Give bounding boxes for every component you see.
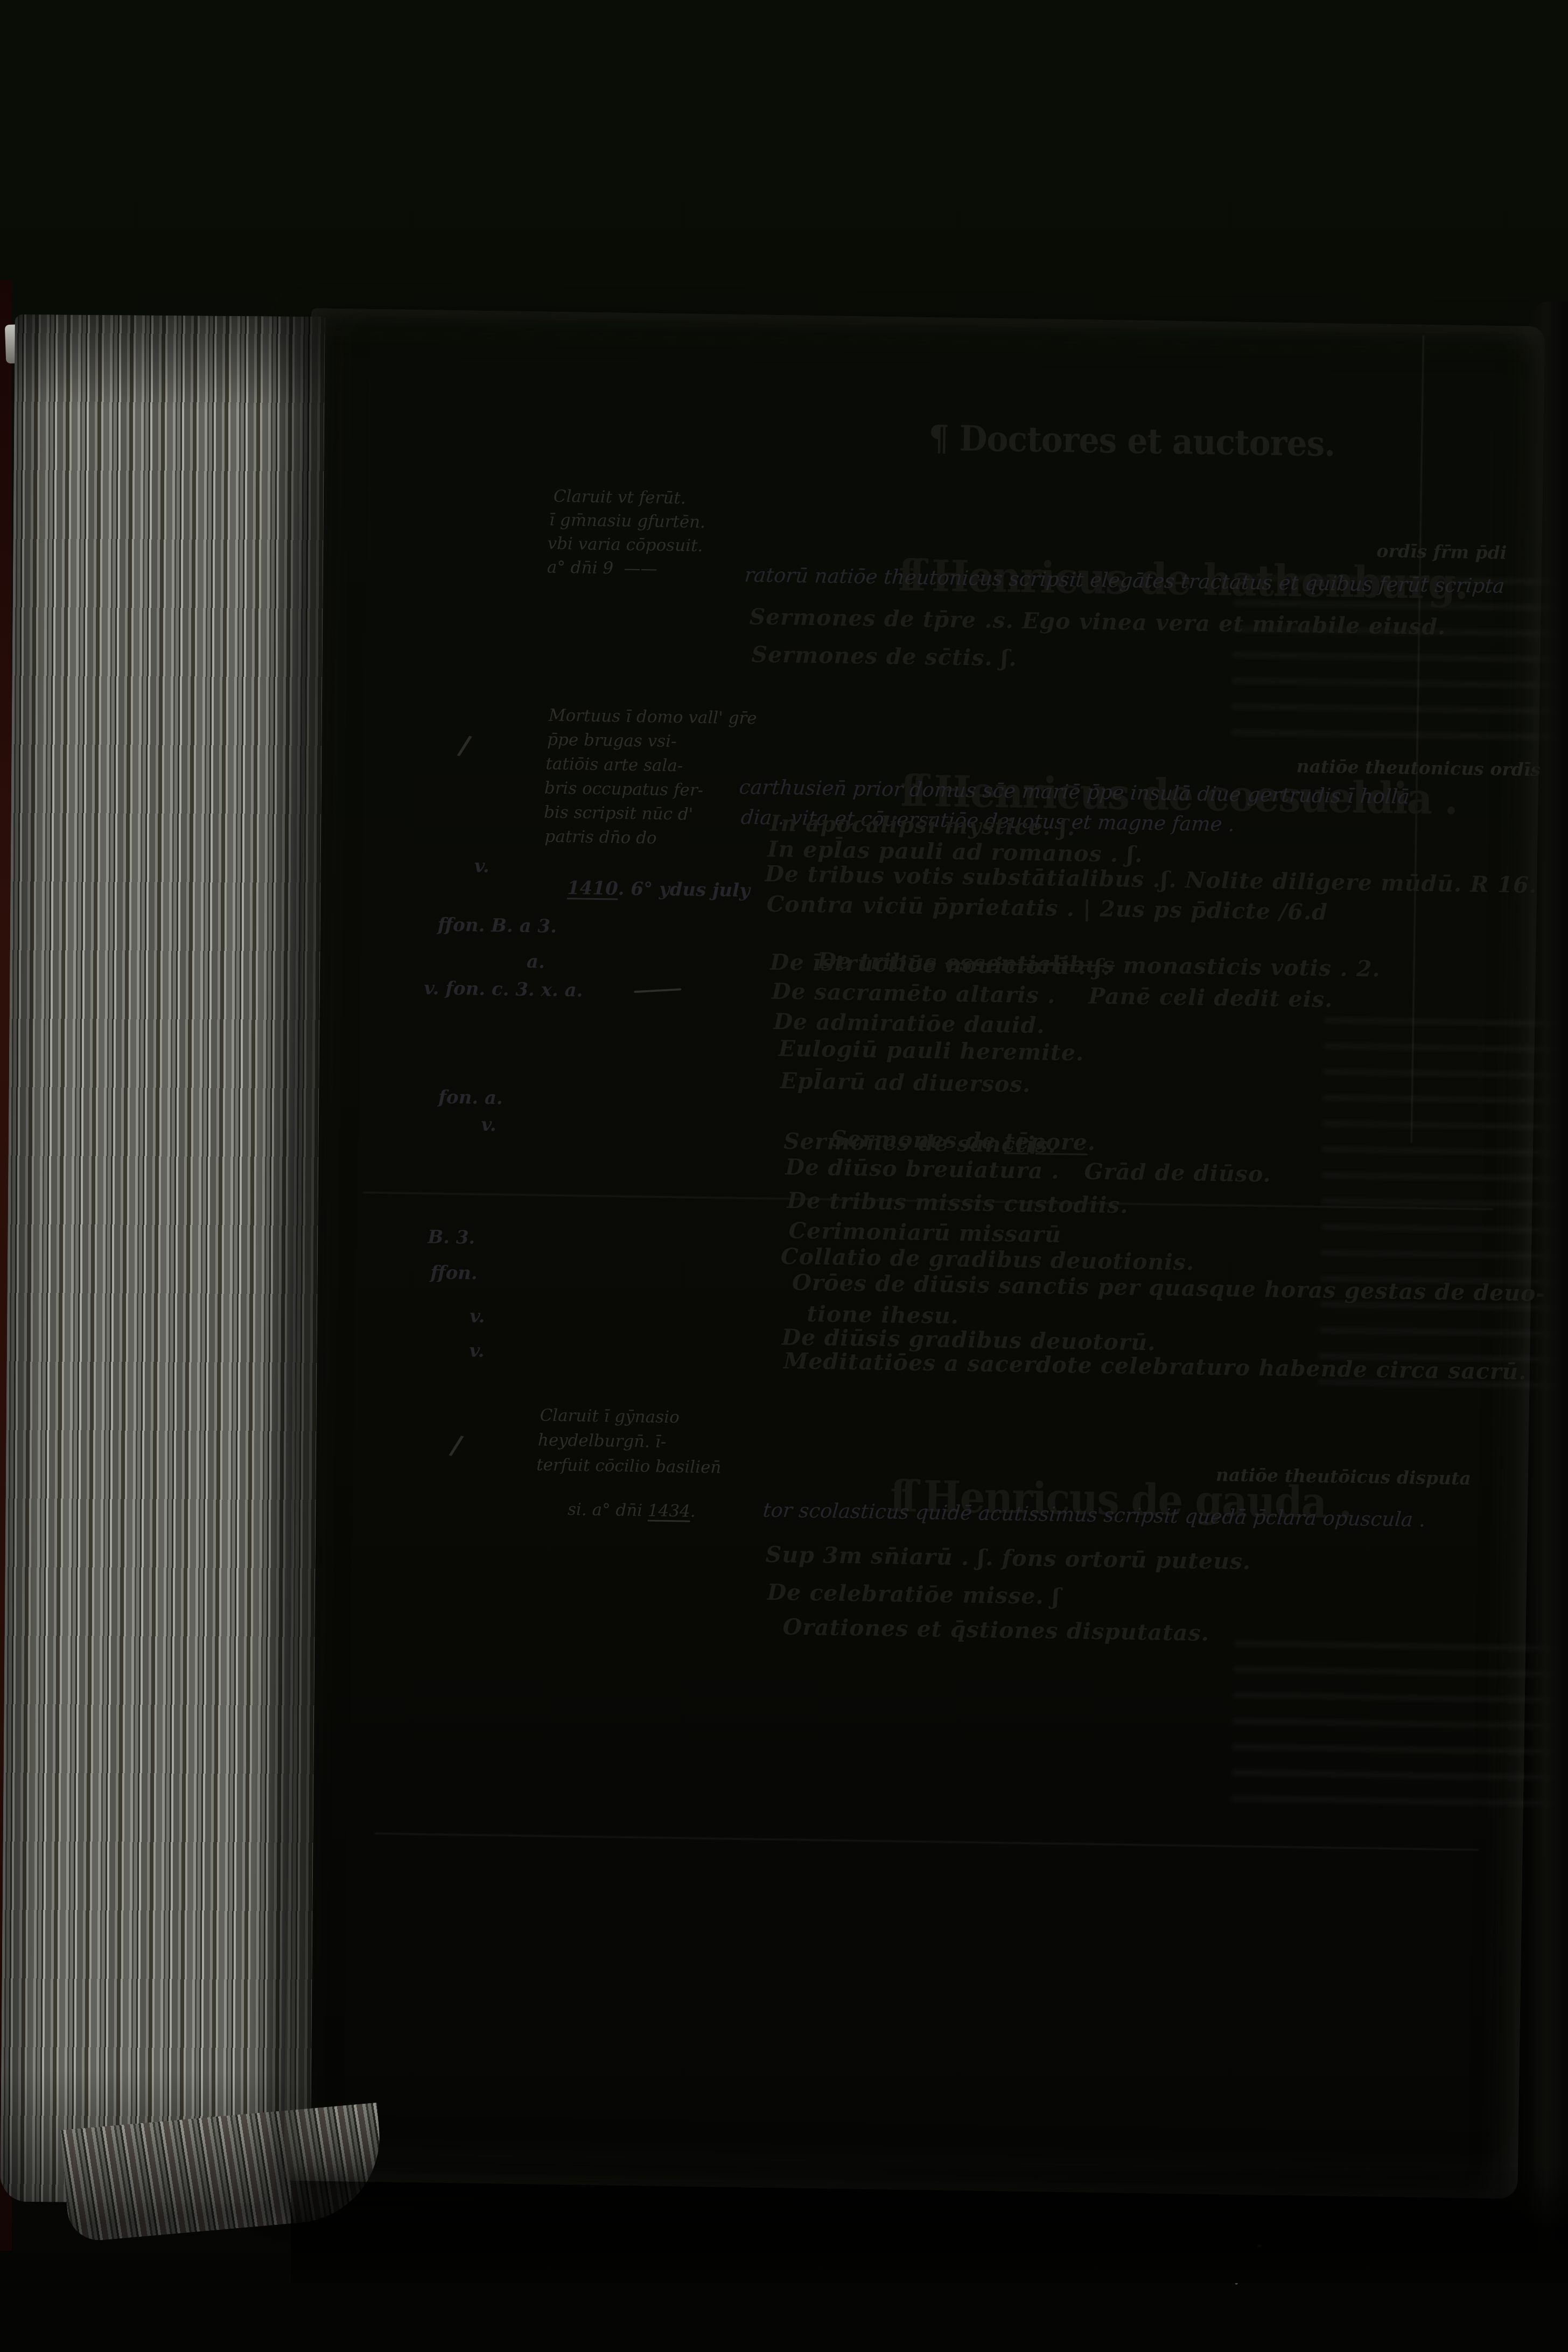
check-mark: / xyxy=(447,1429,465,1462)
entry2-name-tail: natiōe theutonicus ordīs xyxy=(1296,755,1541,780)
entry2-work-line: De admiratiōe dauid. xyxy=(773,1009,1045,1038)
entry2-work-line: Contra viciū p̄prietatis . | 2us ps p̄di… xyxy=(766,891,1328,925)
manuscript-page: ¶ Doctores et auctores. ſſHenricus de ha… xyxy=(283,308,1545,2199)
entry2-margin-note: bris occupatus fer- xyxy=(544,779,704,800)
entry2-margin-note: p̄pe brugas vsi- xyxy=(547,730,677,752)
entry2-margin-note: patris dn̄o do xyxy=(544,827,657,848)
margin-date: 1410. 6° ydus july xyxy=(528,855,751,923)
margin-mark: v. fon. c. 3. x. a. xyxy=(424,977,583,1001)
ink-showthrough xyxy=(1231,1641,1568,1828)
entry2-work-line: In apocalipsī mystice. ʃ. xyxy=(770,810,1076,841)
entry3-work-line: Orationes et q̄stiones disputatas. xyxy=(782,1614,1209,1646)
underlined-year: 1434 xyxy=(648,1501,690,1521)
manuscript-photo: ¶ Doctores et auctores. ſſHenricus de ha… xyxy=(0,0,1568,2352)
entry1-name-tail: ordīs fr̄m p̄di xyxy=(1376,540,1507,563)
entry3-name-tail: natiōe theutōicus disputa xyxy=(1216,1464,1471,1489)
entry2-work-line: De diūso breuiatura . Grād de diūso. xyxy=(785,1154,1271,1187)
entry1-margin-note: a° dn̄i 9 —— xyxy=(547,558,657,579)
entry1-margin-note: ī gm̄nasiu gfurtēn. xyxy=(549,510,705,532)
entry1-margin-note: Claruit vt ferūt. xyxy=(554,487,686,508)
entry2-work-line: Eulogiū pauli heremite. xyxy=(778,1035,1084,1066)
entry3-margin-note: heydelburgn̄. ī- xyxy=(538,1430,667,1452)
fanned-page-edges xyxy=(0,314,325,2204)
entry3-margin-note: Claruit ī gȳnasio xyxy=(540,1406,680,1427)
entry2-work-line: Sermones de sanctis. xyxy=(783,1128,1056,1158)
entry3-margin-note: terfuit cōcilio basilien̄ xyxy=(536,1455,722,1477)
gutter-shadow xyxy=(1527,302,1568,2251)
entry2-margin-note: Mortuus ī domo vall' gr̄e xyxy=(549,706,757,729)
margin-mark: v. xyxy=(469,1340,485,1362)
entry2-margin-note: bis scripsit nūc d' xyxy=(544,803,694,824)
page-title: ¶ Doctores et auctores. xyxy=(928,418,1335,465)
margin-mark: a. xyxy=(527,951,545,972)
entry3-margin-note: si. a° dn̄i 1434. xyxy=(535,1480,696,1540)
entry2-margin-note: tatiōis arte sala- xyxy=(545,754,683,776)
check-mark: / xyxy=(456,729,474,762)
margin-mark: ffon. xyxy=(430,1262,478,1284)
bottom-shadow xyxy=(291,2165,1568,2283)
underlined-year: 1410 xyxy=(567,877,618,899)
entry2-work-line: Epl̄arū ad diuersos. xyxy=(780,1068,1031,1097)
entry1-margin-note: vbi varia cōposuit. xyxy=(547,534,703,556)
entry2-work-line: De tribus missis custodiis. xyxy=(787,1187,1129,1218)
entry2-work-line: De īstructiōe nouiciorū . ʃ. xyxy=(770,949,1111,980)
margin-dash xyxy=(634,988,681,993)
margin-mark: v. xyxy=(474,856,489,877)
margin-mark: v. xyxy=(481,1114,496,1136)
margin-mark: v. xyxy=(470,1306,485,1327)
margin-mark: B. 3. xyxy=(428,1226,475,1248)
chain-line xyxy=(375,1833,1479,1850)
entry2-work-line: Cerimoniarū missarū xyxy=(788,1217,1061,1248)
margin-mark: fon. a. xyxy=(438,1087,503,1109)
entry1-work-line: Sermones de sc̄tis. ʃ. xyxy=(751,641,1017,671)
margin-mark: ffon. B. a 3. xyxy=(438,914,557,937)
entry3-work-line: De celebratiōe misse. ʃ xyxy=(767,1579,1060,1609)
